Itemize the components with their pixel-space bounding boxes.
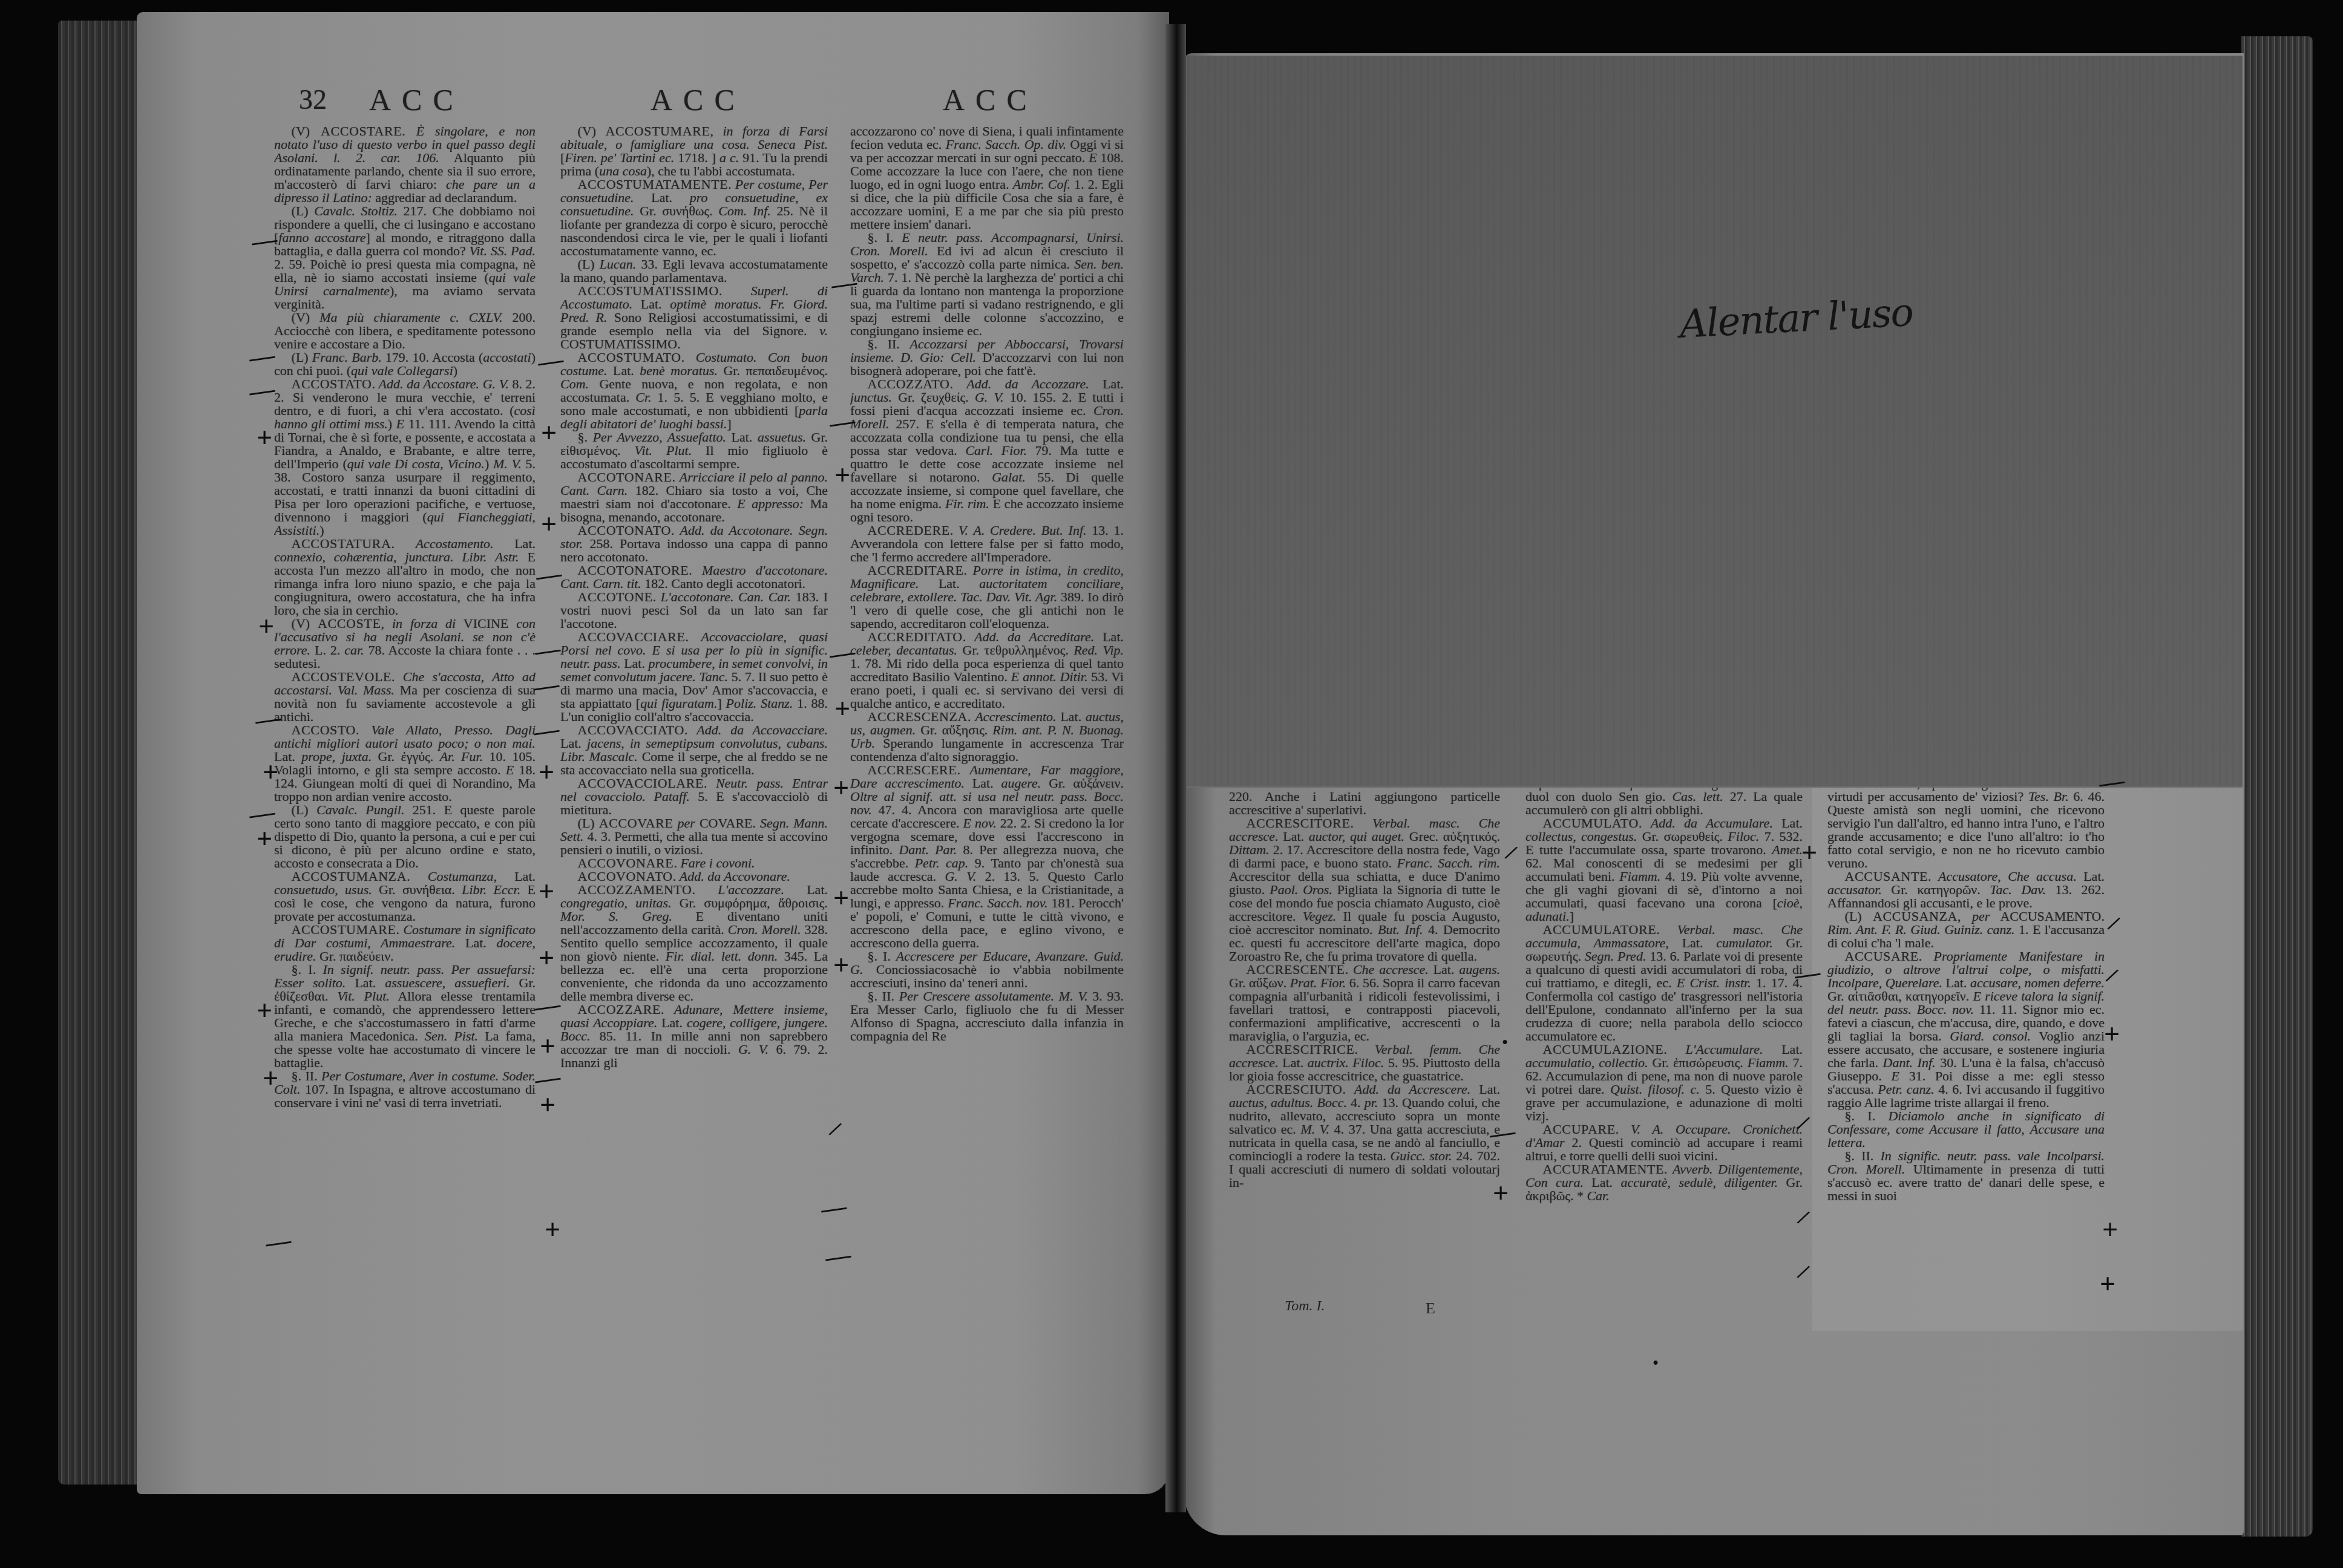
italic-text: E appresso:: [737, 496, 804, 511]
dictionary-entry: ACCOZZARE. Adunare, Mettere insieme, qua…: [560, 1003, 828, 1070]
dictionary-entry: non si conturbi, quando egli vede insozz…: [1827, 777, 2105, 870]
dictionary-entry: ACCOTONE. L'accotonare. Can. Car. 183. I…: [560, 590, 828, 630]
dictionary-entry: ACCOTONATO. Add. da Accotonare. Segn. st…: [560, 524, 828, 564]
right-page-stack: [2241, 36, 2313, 1537]
left-page-column-2: (V) ACCOSTUMARE, in forza di Farsi abitu…: [560, 125, 828, 1286]
book-gutter: [1165, 24, 1186, 1512]
page-number: 32: [299, 83, 327, 116]
dictionary-entry: §. I. In signif. neutr. pass. Per assuef…: [274, 963, 536, 1070]
dictionary-entry: ACCOVACCIOLARE. Neutr. pass. Entrar nel …: [560, 777, 828, 817]
dictionary-entry: ACCRESCIUTO. Add. da Accrescere. Lat. au…: [1229, 1083, 1500, 1189]
volume-footer: Tom. I.: [1285, 1298, 1325, 1315]
dictionary-entry: §. II. In signific. neutr. pass. vale In…: [1827, 1149, 2105, 1203]
dictionary-entry: §. I. Diciamolo anche in significato di …: [1827, 1109, 2105, 1149]
right-page-column-3: non si conturbi, quando egli vede insozz…: [1827, 777, 2105, 1321]
dictionary-entry: ACCRESCENZA. Accrescimento. Lat. auctus,…: [850, 710, 1124, 763]
roman-text: Conciossiacosachè io v'abbia nobilmente …: [850, 962, 1124, 990]
right-page-column-2: ἀθροῖσαι. Dant. Inf. 23. Perch' egli acc…: [1525, 777, 1803, 1318]
left-page-column-3: accozzarono co' nove di Siena, i quali i…: [850, 125, 1124, 1295]
dictionary-entry: ACCREDERE. V. A. Credere. But. Inf. 13. …: [850, 524, 1124, 564]
dictionary-entry: (L) ACCOVARE per COVARE. Segn. Mann. Set…: [560, 817, 828, 857]
dictionary-entry: §. I. Accrescere per Educare, Avanzare. …: [850, 950, 1124, 990]
dictionary-entry: ACCRESCITRICE. Verbal. femm. Che accresc…: [1229, 1043, 1500, 1083]
dictionary-entry: §. II. Per Costumare, Aver in costume. S…: [274, 1070, 536, 1109]
dictionary-entry: ACCOTONARE. Arricciare il pelo al panno.…: [560, 471, 828, 524]
roman-text: 2. Questi cominciò ad accupare i reami a…: [1525, 1135, 1803, 1163]
dictionary-entry: ACCOSTATURA. Accostamento. Lat. connexio…: [274, 537, 536, 617]
dictionary-entry: ACCOVACCIATO. Add. da Accovacciare. Lat.…: [560, 724, 828, 777]
right-page-column-1: cose accrescitive del dolore. Red. annot…: [1229, 777, 1500, 1303]
dictionary-entry: §. I. E neutr. pass. Accompagnarsi, Unir…: [850, 231, 1124, 338]
dictionary-entry: (L) Franc. Barb. 179. 10. Accosta (accos…: [274, 351, 536, 377]
dictionary-entry: ACCOVACCIARE. Accovacciolare, quasi Pors…: [560, 630, 828, 724]
italic-text: G. V.: [738, 1042, 768, 1057]
running-head-middle: ACC: [650, 82, 745, 117]
dictionary-entry: ACCRESCERE. Aumentare, Far maggiore, Dar…: [850, 763, 1124, 950]
dictionary-entry: (L) Cavalc. Stoltiz. 217. Che dobbiamo n…: [274, 204, 536, 311]
dictionary-entry: ACCUMULAZIONE. L'Accumulare. Lat. accumu…: [1525, 1043, 1803, 1123]
roman-text: 220. Anche i Latini aggiungono particell…: [1229, 789, 1500, 817]
dictionary-entry: §. II. Per Crescere assolutamente. M. V.…: [850, 990, 1124, 1043]
dictionary-entry: ACCRESCENTE. Che accresce. Lat. augens. …: [1229, 963, 1500, 1043]
roman-text: Lat.: [455, 935, 496, 950]
dictionary-entry: ACCURATAMENTE. Avverb. Diligentemente, C…: [1525, 1163, 1803, 1203]
dictionary-entry: ACCUPARE. V. A. Occupare. Cronichett. d'…: [1525, 1123, 1803, 1163]
dictionary-entry: ACCOSTUMATAMENTE. Per costume, Per consu…: [560, 178, 828, 258]
dictionary-entry: ACCOZZATO. Add. da Accozzare. Lat. junct…: [850, 377, 1124, 524]
dictionary-entry: ACCOZZAMENTO. L'accozzare. Lat. congrega…: [560, 883, 828, 1003]
running-head-left: ACC: [369, 82, 464, 117]
dictionary-entry: (V) ACCOSTARE. È singolare, e non notato…: [274, 125, 536, 204]
dictionary-entry: ACCOSTEVOLE. Che s'accosta, Atto ad acco…: [274, 670, 536, 724]
roman-text: 107. In Ispagna, e altrove accostumano d…: [274, 1082, 536, 1110]
dictionary-entry: (L) Cavalc. Pungil. 251. E queste parole…: [274, 803, 536, 870]
signature-mark: E: [1426, 1299, 1435, 1318]
left-page-stack: [58, 21, 138, 1485]
dictionary-entry: §. II. Accozzarsi per Abboccarsi, Trovar…: [850, 338, 1124, 377]
roman-text: 4. 3. Permetti, che alla tua mente si ac…: [560, 829, 828, 857]
roman-text: Sperando lungamente in accrescenza Trar …: [850, 736, 1124, 764]
dictionary-entry: ACCUSANTE. Accusatore, Che accusa. Lat. …: [1827, 870, 2105, 910]
left-page-column-1: (V) ACCOSTARE. È singolare, e non notato…: [274, 125, 536, 1280]
running-head-right: ACC: [943, 82, 1038, 117]
italic-text: Car.: [1587, 1188, 1609, 1203]
inserted-paper-slip: [1187, 56, 2243, 788]
roman-text: 7. 1. Nè perchè la larghezza de' portici…: [850, 270, 1124, 338]
roman-text: 258. Portava indosso una cappa di panno …: [560, 536, 828, 564]
dictionary-entry: ACCREDITARE. Porre in istima, in credito…: [850, 564, 1124, 630]
dictionary-entry: (L) Lucan. 33. Egli levava accostumatame…: [560, 258, 828, 284]
dictionary-entry: (V) ACCOSTE, in forza di VICINE con l'ac…: [274, 617, 536, 670]
dictionary-entry: ACCOSTUMARE. Costumare in significato di…: [274, 923, 536, 963]
dictionary-entry: ACCOVONARE. Fare i covoni.: [560, 857, 828, 870]
italic-text: car.: [344, 642, 364, 658]
dictionary-entry: ACCRESCITORE. Verbal. masc. Che accresce…: [1229, 817, 1500, 963]
italic-text: accuratè, sedulè, diligenter.: [1621, 1175, 1778, 1190]
dictionary-entry: ACCREDITATO. Add. da Accreditare. Lat. c…: [850, 630, 1124, 710]
dictionary-entry: ACCOSTATO. Add. da Accostare. G. V. 8. 2…: [274, 377, 536, 537]
dictionary-entry: ACCOSTUMANZA. Costumanza, Lat. consuetud…: [274, 870, 536, 923]
dictionary-entry: ACCOSTUMATO. Costumato. Con buon costume…: [560, 351, 828, 431]
dictionary-entry: ACCUMULATO. Add. da Accumulare. Lat. col…: [1525, 817, 1803, 923]
dictionary-entry: §. Per Avvezzo, Assuefatto. Lat. assuetu…: [560, 431, 828, 471]
dictionary-entry: ACCOVONATO. Add. da Accovonare.: [560, 870, 828, 883]
dictionary-entry: ACCOSTO. Vale Allato, Presso. Dagli anti…: [274, 724, 536, 803]
dictionary-entry: ACCOSTUMATISSIMO. Superl. di Accostumato…: [560, 284, 828, 351]
dictionary-entry: ACCOTONATORE. Maestro d'accotonare. Cant…: [560, 564, 828, 590]
italic-text: Fir. rim.: [945, 496, 989, 511]
dictionary-entry: (V) Ma più chiaramente c. CXLV. 200. Acc…: [274, 311, 536, 351]
dictionary-entry: accozzarono co' nove di Siena, i quali i…: [850, 125, 1124, 231]
dictionary-entry: ACCUSARE. Propriamente Manifestare in gi…: [1827, 950, 2105, 1109]
italic-text: v.: [819, 323, 828, 338]
dictionary-entry: ACCUMULATORE. Verbal. masc. Che accumula…: [1525, 923, 1803, 1043]
italic-text: accostati: [483, 350, 531, 365]
dictionary-entry: (L) ACCUSANZA, per ACCUSAMENTO. Rim. Ant…: [1827, 910, 2105, 950]
dictionary-entry: (V) ACCOSTUMARE, in forza di Farsi abitu…: [560, 125, 828, 178]
